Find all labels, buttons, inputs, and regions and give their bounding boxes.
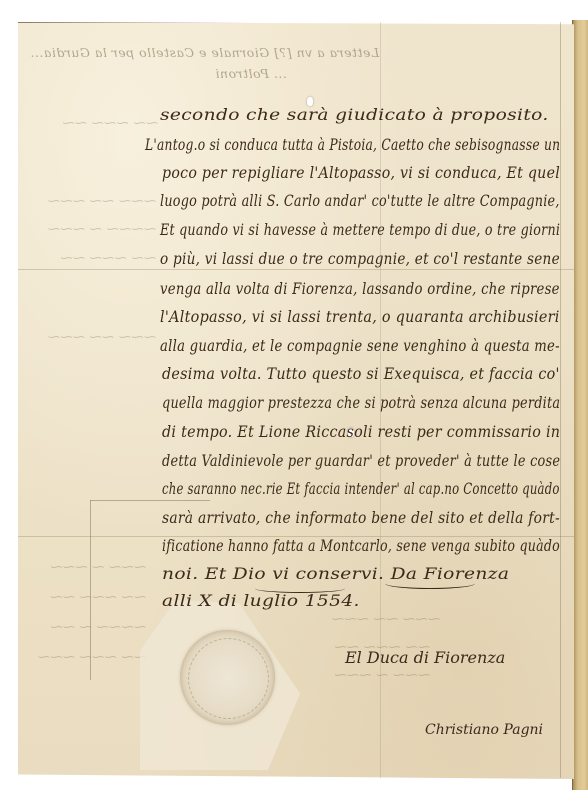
bleed-through-text: ⁓⁓⁓ ⁓⁓ ⁓⁓⁓ xyxy=(300,612,440,626)
bleed-through-header-line: Lettera a vn [?] Giornale e Castello per… xyxy=(30,45,379,60)
seal-ring xyxy=(188,638,269,719)
signature-secretary: Christiano Pagni xyxy=(425,722,543,738)
paper-hole xyxy=(307,97,313,106)
signature-duke: El Duca di Fiorenza xyxy=(345,648,505,667)
letter-line: che saranno nec.rie Et faccia intender' … xyxy=(162,480,560,498)
bleed-through-text: ⁓⁓⁓ ⁓ ⁓⁓⁓ xyxy=(300,668,430,682)
pen-flourish xyxy=(255,584,345,593)
letter-line: ificatione hanno fatta a Montcarlo, sene… xyxy=(162,537,560,555)
manuscript-scan: Lettera a vn [?] Giornale e Castello per… xyxy=(0,0,588,800)
ruled-line xyxy=(90,500,91,680)
pen-flourish xyxy=(385,578,475,589)
letter-line: di tempo. Et Lione Riccasoli resti per c… xyxy=(162,423,560,441)
adjacent-page-edge xyxy=(572,20,588,790)
bleed-through-text: ⁓⁓ ⁓⁓⁓ ⁓⁓⁓ xyxy=(36,650,146,664)
bleed-through-text: ⁓⁓⁓⁓ ⁓ ⁓⁓⁓ xyxy=(36,222,156,236)
letter-line: desima volta. Tutto questo si Exequisca,… xyxy=(162,365,560,383)
letter-line: o più, vi lassi due o tre compagnie, et … xyxy=(160,250,560,268)
bleed-through-text: ⁓⁓ ⁓⁓⁓ ⁓⁓ xyxy=(38,116,158,130)
ruled-line xyxy=(90,500,210,501)
bleed-through-text: ⁓⁓ ⁓⁓⁓ ⁓⁓ xyxy=(36,251,156,265)
letter-line: Et quando vi si havesse à mettere tempo … xyxy=(160,221,560,239)
bleed-through-text: ⁓⁓ ⁓⁓⁓ ⁓⁓ xyxy=(36,590,146,604)
letter-line: detta Valdinievole per guardar' et prove… xyxy=(162,452,560,470)
letter-line: alla guardia, et le compagnie sene vengh… xyxy=(160,337,560,355)
letter-line: venga alla volta di Fiorenza, lassando o… xyxy=(160,280,560,298)
letter-line: sarà arrivato, che informato bene del si… xyxy=(162,509,560,527)
bleed-through-text: ⁓⁓⁓ ⁓⁓ ⁓⁓⁓ xyxy=(36,330,156,344)
letter-line: secondo che sarà giudicato à proposito. xyxy=(160,106,549,124)
letter-line: quella maggior prestezza che si potrà se… xyxy=(162,394,560,412)
fold-line xyxy=(18,269,574,270)
letter-line: l'Altopasso, vi si lassi trenta, o quara… xyxy=(160,308,560,326)
bleed-through-header-line: ... Poltroni xyxy=(215,66,287,81)
bleed-through-text: ⁓⁓⁓⁓ ⁓ ⁓⁓ xyxy=(36,620,146,634)
letter-line: alli X di luglio 1554. xyxy=(162,592,360,610)
bleed-through-text: ⁓⁓⁓ ⁓⁓ ⁓⁓⁓ xyxy=(36,194,156,208)
letter-line: poco per repigliare l'Altopasso, vi si c… xyxy=(162,164,560,182)
bleed-through-text: ⁓⁓⁓ ⁓ ⁓⁓⁓ xyxy=(36,560,146,574)
letter-line: luogo potrà alli S. Carlo andar' co'tutt… xyxy=(160,192,560,210)
letter-line: L'antog.o si conduca tutta à Pistoia, Ca… xyxy=(145,136,560,154)
